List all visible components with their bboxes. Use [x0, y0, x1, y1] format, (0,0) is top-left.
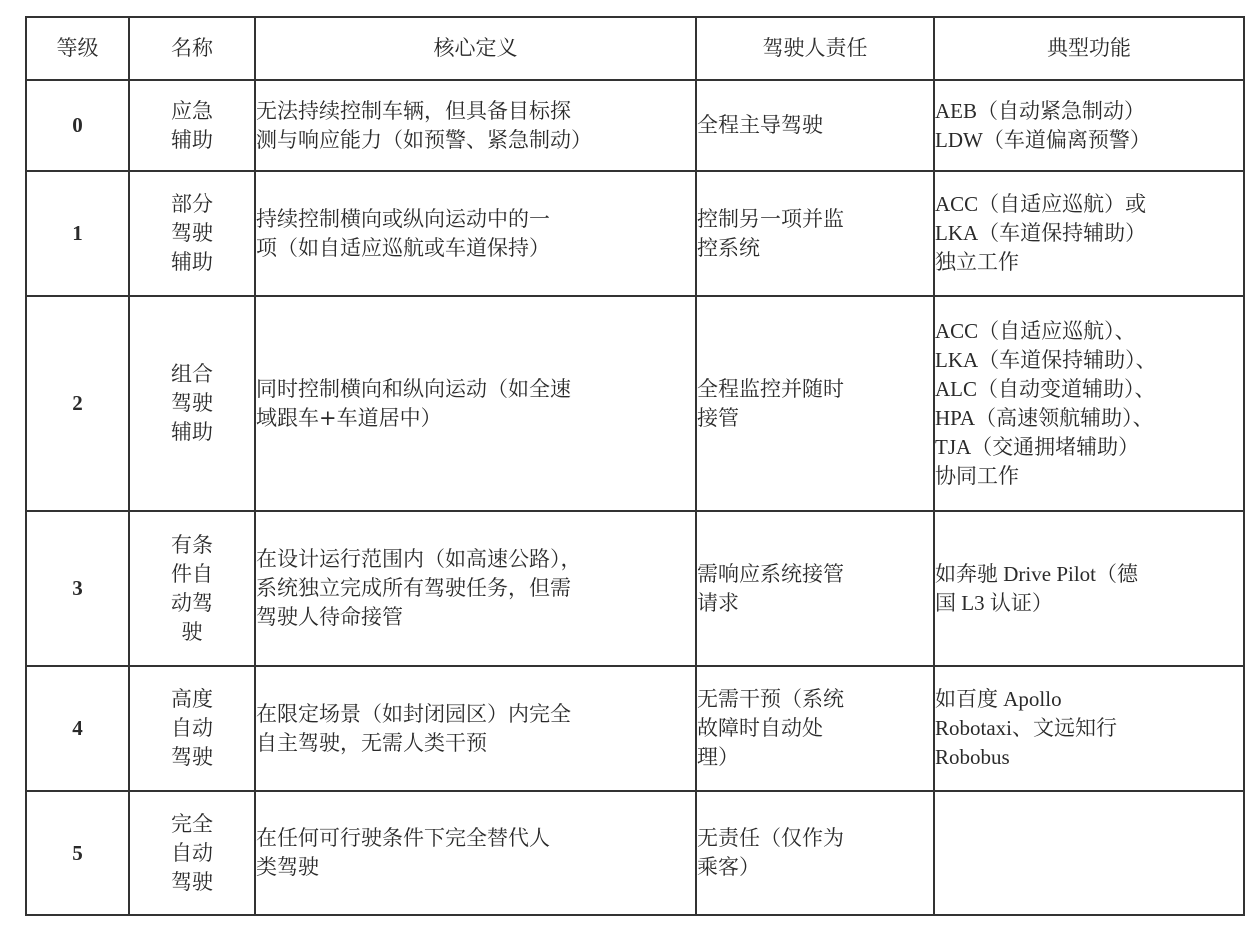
table-row: 2 组合驾驶辅助 同时控制横向和纵向运动（如全速 域跟车+车道居中） 全程监控并…: [26, 296, 1244, 511]
definition-cell: 持续控制横向或纵向运动中的一 项（如自适应巡航或车道保持）: [255, 171, 696, 296]
name-text: 高度自动驾驶: [167, 685, 217, 772]
functions-cell: ACC（自适应巡航）或 LKA（车道保持辅助） 独立工作: [934, 171, 1244, 296]
functions-cell: AEB（自动紧急制动） LDW（车道偏离预警）: [934, 80, 1244, 171]
level-cell: 4: [26, 666, 129, 791]
definition-cell: 同时控制横向和纵向运动（如全速 域跟车+车道居中）: [255, 296, 696, 511]
header-level: 等级: [26, 17, 129, 80]
responsibility-cell: 控制另一项并监 控系统: [696, 171, 934, 296]
table-row: 3 有条件自动驾驶 在设计运行范围内（如高速公路）， 系统独立完成所有驾驶任务，…: [26, 511, 1244, 666]
responsibility-cell: 无需干预（系统 故障时自动处 理）: [696, 666, 934, 791]
responsibility-cell: 无责任（仅作为 乘客）: [696, 791, 934, 915]
name-text: 部分驾驶辅助: [167, 190, 217, 277]
functions-cell: ACC（自适应巡航）、 LKA（车道保持辅助）、 ALC（自动变道辅助）、 HP…: [934, 296, 1244, 511]
functions-cell: 如百度 Apollo Robotaxi、文远知行 Robobus: [934, 666, 1244, 791]
table-row: 0 应急辅助 无法持续控制车辆，但具备目标探 测与响应能力（如预警、紧急制动） …: [26, 80, 1244, 171]
header-definition: 核心定义: [255, 17, 696, 80]
table-row: 4 高度自动驾驶 在限定场景（如封闭园区）内完全 自主驾驶，无需人类干预 无需干…: [26, 666, 1244, 791]
table-row: 1 部分驾驶辅助 持续控制横向或纵向运动中的一 项（如自适应巡航或车道保持） 控…: [26, 171, 1244, 296]
definition-cell: 在设计运行范围内（如高速公路）， 系统独立完成所有驾驶任务，但需 驾驶人待命接管: [255, 511, 696, 666]
name-cell: 有条件自动驾驶: [129, 511, 255, 666]
level-cell: 1: [26, 171, 129, 296]
name-cell: 部分驾驶辅助: [129, 171, 255, 296]
table-row: 5 完全自动驾驶 在任何可行驶条件下完全替代人 类驾驶 无责任（仅作为 乘客）: [26, 791, 1244, 915]
header-functions: 典型功能: [934, 17, 1244, 80]
autonomy-levels-table: 等级 名称 核心定义 驾驶人责任 典型功能 0 应急辅助 无法持续控制车辆，但具…: [25, 16, 1245, 916]
level-cell: 2: [26, 296, 129, 511]
name-cell: 组合驾驶辅助: [129, 296, 255, 511]
definition-cell: 在限定场景（如封闭园区）内完全 自主驾驶，无需人类干预: [255, 666, 696, 791]
level-cell: 0: [26, 80, 129, 171]
functions-cell: [934, 791, 1244, 915]
responsibility-cell: 全程监控并随时 接管: [696, 296, 934, 511]
definition-cell: 在任何可行驶条件下完全替代人 类驾驶: [255, 791, 696, 915]
name-text: 组合驾驶辅助: [167, 360, 217, 447]
definition-cell: 无法持续控制车辆，但具备目标探 测与响应能力（如预警、紧急制动）: [255, 80, 696, 171]
name-text: 完全自动驾驶: [167, 810, 217, 897]
header-name: 名称: [129, 17, 255, 80]
name-cell: 应急辅助: [129, 80, 255, 171]
functions-cell: 如奔驰 Drive Pilot（德 国 L3 认证）: [934, 511, 1244, 666]
header-responsibility: 驾驶人责任: [696, 17, 934, 80]
name-text: 有条件自动驾驶: [167, 531, 217, 647]
header-row: 等级 名称 核心定义 驾驶人责任 典型功能: [26, 17, 1244, 80]
responsibility-cell: 全程主导驾驶: [696, 80, 934, 171]
responsibility-cell: 需响应系统接管 请求: [696, 511, 934, 666]
name-cell: 高度自动驾驶: [129, 666, 255, 791]
level-cell: 3: [26, 511, 129, 666]
level-cell: 5: [26, 791, 129, 915]
name-text: 应急辅助: [167, 97, 217, 155]
name-cell: 完全自动驾驶: [129, 791, 255, 915]
